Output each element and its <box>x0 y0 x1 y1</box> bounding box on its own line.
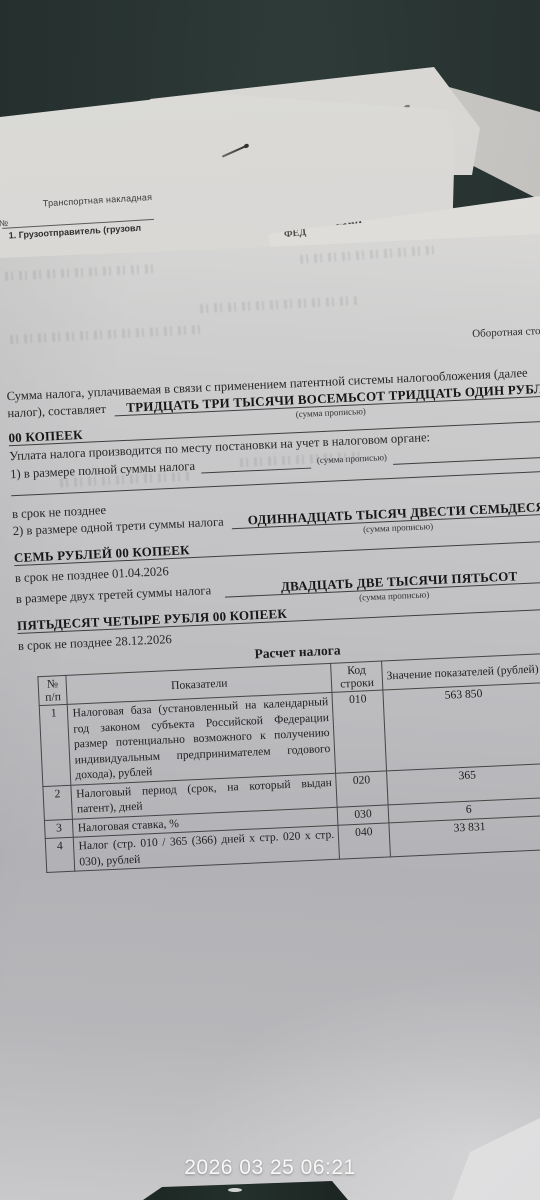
tax-calculation-table: № п/п Показатели Код строки Значение пок… <box>37 653 540 873</box>
bleed-through-smudge <box>300 245 440 264</box>
row-num: 3 <box>44 819 73 839</box>
bleed-through-smudge <box>5 264 155 281</box>
camera-timestamp: 2026 03 25 06:21 <box>184 1156 356 1180</box>
row-code: 020 <box>336 770 388 806</box>
photo-canvas: Транспортная накладная № 1. Грузоотправи… <box>0 0 540 1200</box>
surface-glint <box>228 1188 242 1192</box>
waybill-number-label: № <box>0 218 8 229</box>
bleed-through-smudge <box>200 296 360 313</box>
waybill-title: Транспортная накладная <box>43 192 153 208</box>
row-indicator: Налоговая база (установленный на календа… <box>68 692 336 784</box>
row-code: 040 <box>338 823 390 859</box>
sum-in-words-label: (сумма прописью) <box>311 450 394 469</box>
payment-item3-label: в размере двух третей суммы налога <box>16 583 212 607</box>
tax-sum-prefix: налог), составляет <box>7 402 106 421</box>
row-num: 2 <box>43 785 73 820</box>
header-code: Код строки <box>331 661 383 692</box>
header-num: № п/п <box>38 675 68 705</box>
row-num: 4 <box>45 837 75 872</box>
row-code: 010 <box>332 690 386 773</box>
row-value: 563 850 <box>383 683 540 771</box>
row-value: 33 831 <box>389 816 540 857</box>
row-code: 030 <box>337 804 388 825</box>
back-side-label: Оборотная сторона <box>5 324 540 361</box>
row-num: 1 <box>39 704 71 786</box>
pen-stroke-mark <box>222 144 248 157</box>
